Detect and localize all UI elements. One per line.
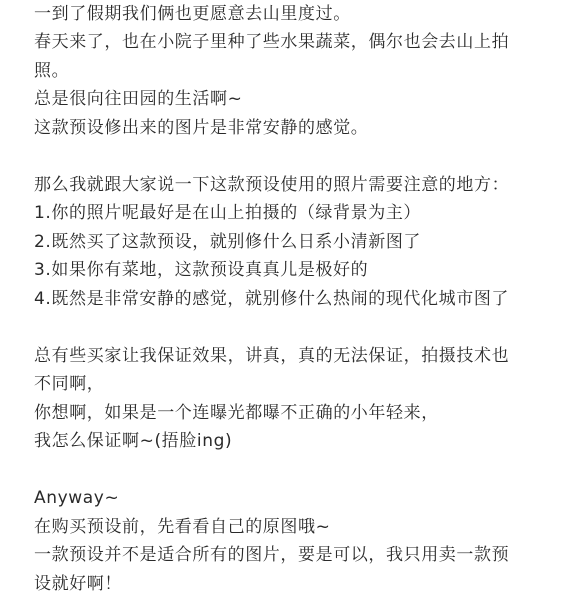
text-line: 不同啊， [34,370,554,399]
text-line: 这款预设修出来的图片是非常安静的感觉。 [34,114,554,143]
list-item: 2.既然买了这款预设，就别修什么日系小清新图了 [34,228,554,257]
text-line: 你想啊，如果是一个连曝光都曝不正确的小年轻来， [34,399,554,428]
paragraph-spacer [34,142,554,171]
text-line: 总有些买家让我保证效果，讲真，真的无法保证，拍摄技术也 [34,342,554,371]
text-line: 一到了假期我们俩也更愿意去山里度过。 [34,0,554,28]
list-item: 1.你的照片呢最好是在山上拍摄的（绿背景为主） [34,199,554,228]
text-line: 设就好啊！ [34,570,554,599]
paragraph-spacer [34,456,554,485]
paragraph-anyway: Anyway~ 在购买预设前，先看看自己的原图哦~ 一款预设并不是适合所有的图片… [34,484,554,598]
text-line: Anyway~ [34,484,554,513]
text-line: 我怎么保证啊~(捂脸ing) [34,427,554,456]
paragraph-spacer [34,313,554,342]
paragraph-intro: 一到了假期我们俩也更愿意去山里度过。 春天来了，也在小院子里种了些水果蔬菜，偶尔… [34,0,554,142]
text-line: 春天来了，也在小院子里种了些水果蔬菜，偶尔也会去山上拍 [34,28,554,57]
text-line: 总是很向往田园的生活啊~ [34,85,554,114]
text-line: 照。 [34,57,554,86]
article-body: 一到了假期我们俩也更愿意去山里度过。 春天来了，也在小院子里种了些水果蔬菜，偶尔… [34,0,554,598]
list-item: 4.既然是非常安静的感觉，就别修什么热闹的现代化城市图了 [34,285,554,314]
text-line: 一款预设并不是适合所有的图片，要是可以，我只用卖一款预 [34,541,554,570]
list-item: 3.如果你有菜地，这款预设真真儿是极好的 [34,256,554,285]
paragraph-guarantee: 总有些买家让我保证效果，讲真，真的无法保证，拍摄技术也 不同啊， 你想啊，如果是… [34,342,554,456]
paragraph-tips: 那么我就跟大家说一下这款预设使用的照片需要注意的地方： 1.你的照片呢最好是在山… [34,171,554,314]
text-line: 在购买预设前，先看看自己的原图哦~ [34,513,554,542]
text-line: 那么我就跟大家说一下这款预设使用的照片需要注意的地方： [34,171,554,200]
